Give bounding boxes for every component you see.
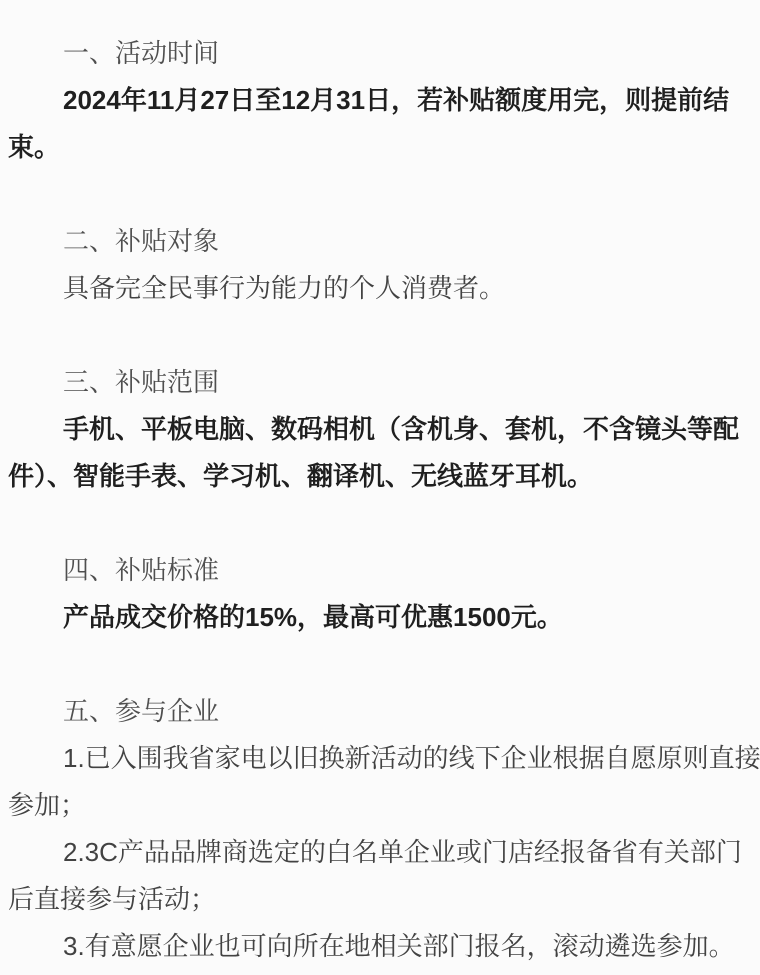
subsidy-notice-document: 一、活动时间 2024年11月27日至12月31日，若补贴额度用完，则提前结 束… xyxy=(0,0,760,970)
list-item: 2.3C产品品牌商选定的白名单企业或门店经报备省有关部门 后直接参与活动； xyxy=(8,829,752,923)
section-heading: 二、补贴对象 xyxy=(8,218,752,265)
list-item: 3.有意愿企业也可向所在地相关部门报名，滚动遴选参加。 xyxy=(8,923,752,970)
section-activity-time: 一、活动时间 2024年11月27日至12月31日，若补贴额度用完，则提前结 束… xyxy=(8,30,752,171)
section-paragraph: 2024年11月27日至12月31日，若补贴额度用完，则提前结 束。 xyxy=(8,77,752,171)
section-subsidy-target: 二、补贴对象 具备完全民事行为能力的个人消费者。 xyxy=(8,218,752,312)
section-heading: 三、补贴范围 xyxy=(8,359,752,406)
section-heading: 一、活动时间 xyxy=(8,30,752,77)
section-heading: 四、补贴标准 xyxy=(8,547,752,594)
section-paragraph: 产品成交价格的15%，最高可优惠1500元。 xyxy=(8,594,752,641)
list-item: 1.已入围我省家电以旧换新活动的线下企业根据自愿原则直接 参加； xyxy=(8,735,752,829)
section-subsidy-scope: 三、补贴范围 手机、平板电脑、数码相机（含机身、套机，不含镜头等配 件）、智能手… xyxy=(8,359,752,500)
section-paragraph: 手机、平板电脑、数码相机（含机身、套机，不含镜头等配 件）、智能手表、学习机、翻… xyxy=(8,406,752,500)
section-participating-companies: 五、参与企业 1.已入围我省家电以旧换新活动的线下企业根据自愿原则直接 参加； … xyxy=(8,688,752,970)
section-heading: 五、参与企业 xyxy=(8,688,752,735)
section-subsidy-standard: 四、补贴标准 产品成交价格的15%，最高可优惠1500元。 xyxy=(8,547,752,641)
section-paragraph: 具备完全民事行为能力的个人消费者。 xyxy=(8,265,752,312)
